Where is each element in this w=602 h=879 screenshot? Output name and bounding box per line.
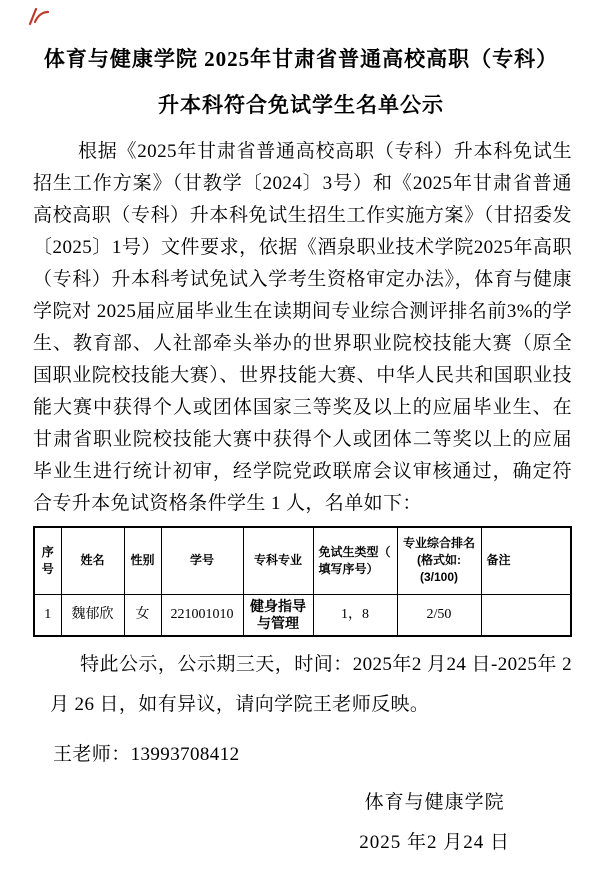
document-title: 体育与健康学院 2025年甘肃省普通高校高职（专科） 升本科符合免试学生名单公示	[0, 36, 602, 128]
cell-ranking: 2/50	[397, 594, 481, 636]
col-header-remarks: 备注	[481, 527, 571, 594]
col-header-index: 序 号	[34, 527, 61, 594]
body-paragraph: 根据《2025年甘肃省普通高校高职（专科）升本科免试生招生工作方案》（甘教学〔2…	[33, 136, 572, 520]
table-header-row: 序 号 姓名 性别 学号 专科专业 免试生类型（ 填写序号） 专业综合排名 (格…	[34, 527, 571, 594]
col-header-student-id: 学号	[161, 527, 243, 594]
signature-name: 体育与健康学院	[359, 783, 510, 823]
cell-gender: 女	[124, 594, 161, 636]
cell-name: 魏郁欣	[61, 594, 124, 636]
title-line-1: 体育与健康学院 2025年甘肃省普通高校高职（专科）	[0, 36, 602, 82]
table-row: 1 魏郁欣 女 221001010 健身指导 与管理 1，8 2/50	[34, 594, 571, 636]
cell-index: 1	[34, 594, 61, 636]
students-table: 序 号 姓名 性别 学号 专科专业 免试生类型（ 填写序号） 专业综合排名 (格…	[33, 526, 572, 637]
cell-exemption-type: 1，8	[313, 594, 397, 636]
col-header-name: 姓名	[61, 527, 124, 594]
red-pen-mark	[27, 6, 51, 28]
title-line-2: 升本科符合免试学生名单公示	[0, 82, 602, 128]
cell-major: 健身指导 与管理	[243, 594, 313, 636]
col-header-exemption-type: 免试生类型（ 填写序号）	[313, 527, 397, 594]
announcement-page: 体育与健康学院 2025年甘肃省普通高校高职（专科） 升本科符合免试学生名单公示…	[0, 0, 602, 879]
signature-block: 体育与健康学院 2025 年2 月24 日	[359, 783, 510, 863]
col-header-ranking: 专业综合排名 (格式如: (3/100)	[397, 527, 481, 594]
cell-student-id: 221001010	[161, 594, 243, 636]
col-header-major: 专科专业	[243, 527, 313, 594]
cell-remarks	[481, 594, 571, 636]
contact-line: 王老师：13993708412	[53, 739, 572, 766]
closing-paragraph: 特此公示，公示期三天，时间：2025年2 月24 日-2025年 2 月 26 …	[50, 645, 572, 725]
signature-date: 2025 年2 月24 日	[359, 823, 510, 863]
col-header-gender: 性别	[124, 527, 161, 594]
